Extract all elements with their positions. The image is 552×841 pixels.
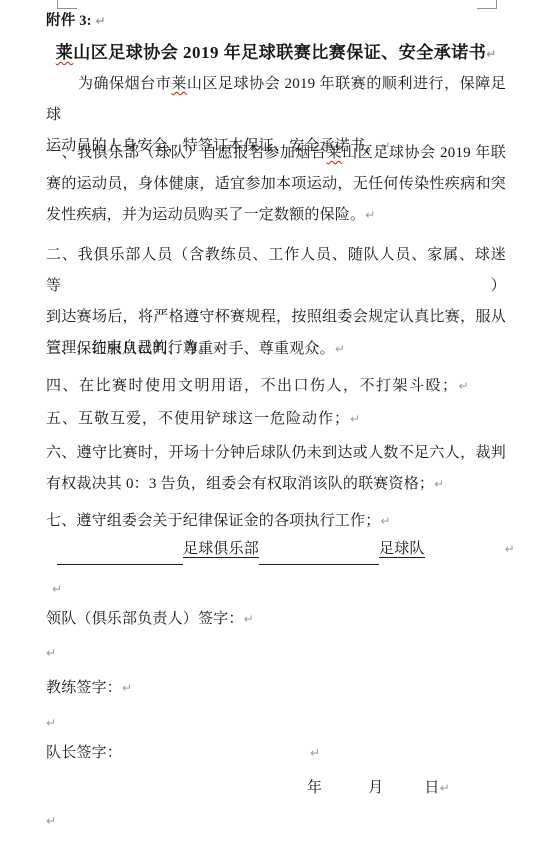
item-5-paragraph: 五、互敬互爱，不使用铲球这一危险动作；↵ bbox=[46, 404, 506, 435]
item-2-line-1: 二、我俱乐部人员（含教练员、工作人员、随队人员、家属、球迷等） bbox=[46, 240, 506, 302]
item-6-line-2: 有权裁决其 0：3 告负，组委会有权取消该队的联赛资格；↵ bbox=[46, 469, 506, 500]
item-6-paragraph: 六、遵守比赛时，开场十分钟后球队仍未到达或人数不足六人，裁判 有权裁决其 0：3… bbox=[46, 438, 506, 500]
pilcrow-mark: ↵ bbox=[365, 208, 375, 222]
spellcheck-error-char: 莱 bbox=[56, 43, 74, 62]
pilcrow-mark: ↵ bbox=[96, 14, 106, 28]
spellcheck-error-char: 莱 bbox=[327, 145, 343, 161]
item-2-line-2: 到达赛场后，将严格遵守杯赛规程，按照组委会规定认真比赛，服从 bbox=[46, 302, 506, 333]
signature-team-blank[interactable] bbox=[259, 544, 379, 565]
signature-line: 足球俱乐部足球队↵ bbox=[57, 534, 537, 565]
empty-paragraph: ↵ bbox=[46, 708, 506, 739]
pilcrow-mark: ↵ bbox=[122, 681, 132, 695]
intro-line-1-pre: 为确保烟台市 bbox=[78, 76, 171, 92]
pilcrow-mark: ↵ bbox=[350, 412, 360, 426]
item-1-line-1-post: 山区足球协会 2019 年联 bbox=[342, 145, 506, 161]
item-6-line-1: 六、遵守比赛时，开场十分钟后球队仍未到达或人数不足六人，裁判 bbox=[46, 438, 506, 469]
pilcrow-mark: ↵ bbox=[505, 542, 515, 556]
coach-sign-label: 教练签字： bbox=[46, 680, 122, 696]
intro-line-1: 为确保烟台市莱山区足球协会 2019 年联赛的顺利进行，保障足球 bbox=[46, 69, 506, 131]
empty-paragraph: ↵ bbox=[46, 806, 506, 837]
signature-club-label: 足球俱乐部 bbox=[183, 541, 259, 558]
pilcrow-mark: ↵ bbox=[310, 746, 320, 760]
item-1-line-3: 发性疾病，并为运动员购买了一定数额的保险。↵ bbox=[46, 200, 506, 231]
leader-sign-label: 领队（俱乐部负责人）签字： bbox=[46, 611, 244, 627]
item-7-text: 七、遵守组委会关于纪律保证金的各项执行工作； bbox=[46, 513, 380, 529]
attachment-label: 附件 3: bbox=[46, 13, 92, 29]
pilcrow-mark: ↵ bbox=[486, 47, 496, 61]
item-7-paragraph: 七、遵守组委会关于纪律保证金的各项执行工作；↵ bbox=[46, 506, 506, 537]
item-4-text: 四、在比赛时使用文明用语，不出口伤人，不打架斗殴； bbox=[46, 378, 459, 394]
item-3-text: 三、保证服从裁判、尊重对手、尊重观众。 bbox=[46, 341, 335, 357]
date-year-label: 年 bbox=[307, 780, 322, 796]
coach-signature-paragraph: 教练签字：↵ bbox=[46, 673, 506, 704]
item-1-line-2: 赛的运动员，身体健康，适宜参加本项运动，无任何传染性疾病和突 bbox=[46, 169, 506, 200]
leader-signature-paragraph: 领队（俱乐部负责人）签字：↵ bbox=[46, 604, 506, 635]
pilcrow-mark: ↵ bbox=[440, 781, 450, 795]
item-4-paragraph: 四、在比赛时使用文明用语，不出口伤人，不打架斗殴；↵ bbox=[46, 371, 506, 402]
item-3-paragraph: 三、保证服从裁判、尊重对手、尊重观众。↵ bbox=[46, 334, 506, 365]
signature-club-blank[interactable] bbox=[57, 544, 183, 565]
captain-sign-label: 队长签字： bbox=[46, 745, 122, 761]
pilcrow-mark: ↵ bbox=[434, 477, 444, 491]
item-1-line-3-text: 发性疾病，并为运动员购买了一定数额的保险。 bbox=[46, 207, 365, 223]
pilcrow-mark: ↵ bbox=[52, 582, 62, 596]
title-paragraph: 莱山区足球协会 2019 年足球联赛比赛保证、安全承诺书↵ bbox=[0, 37, 552, 70]
empty-paragraph: ↵ bbox=[46, 638, 506, 669]
pilcrow-mark: ↵ bbox=[46, 716, 56, 730]
signature-team-label: 足球队 bbox=[379, 541, 425, 558]
date-day-label: 日 bbox=[424, 780, 439, 796]
spellcheck-error-char: 莱 bbox=[171, 76, 187, 92]
captain-signature-paragraph: 队长签字：↵ bbox=[46, 738, 506, 769]
item-1-line-1: 一、我俱乐部（球队）自愿报名参加烟台莱山区足球协会 2019 年联 bbox=[46, 138, 506, 169]
pilcrow-mark: ↵ bbox=[459, 379, 469, 393]
pilcrow-mark: ↵ bbox=[46, 646, 56, 660]
pilcrow-mark: ↵ bbox=[46, 814, 56, 828]
pilcrow-mark: ↵ bbox=[380, 514, 390, 528]
pilcrow-mark: ↵ bbox=[335, 342, 345, 356]
pilcrow-mark: ↵ bbox=[244, 612, 254, 626]
empty-paragraph: ↵ bbox=[52, 574, 512, 605]
item-6-line-2-text: 有权裁决其 0：3 告负，组委会有权取消该队的联赛资格； bbox=[46, 476, 434, 492]
page-title: 莱山区足球协会 2019 年足球联赛比赛保证、安全承诺书↵ bbox=[0, 37, 552, 70]
attachment-paragraph: 附件 3: ↵ bbox=[46, 6, 506, 37]
item-1-paragraph: 一、我俱乐部（球队）自愿报名参加烟台莱山区足球协会 2019 年联 赛的运动员，… bbox=[46, 138, 506, 231]
item-5-text: 五、互敬互爱，不使用铲球这一危险动作； bbox=[46, 411, 350, 427]
date-month-label: 月 bbox=[368, 780, 383, 796]
document-page: 附件 3: ↵ 莱山区足球协会 2019 年足球联赛比赛保证、安全承诺书↵ 为确… bbox=[0, 0, 552, 841]
item-1-line-1-pre: 一、我俱乐部（球队）自愿报名参加烟台 bbox=[46, 145, 327, 161]
page-title-text: 山区足球协会 2019 年足球联赛比赛保证、安全承诺书 bbox=[73, 43, 486, 62]
date-line: 年月日↵ bbox=[307, 773, 527, 804]
